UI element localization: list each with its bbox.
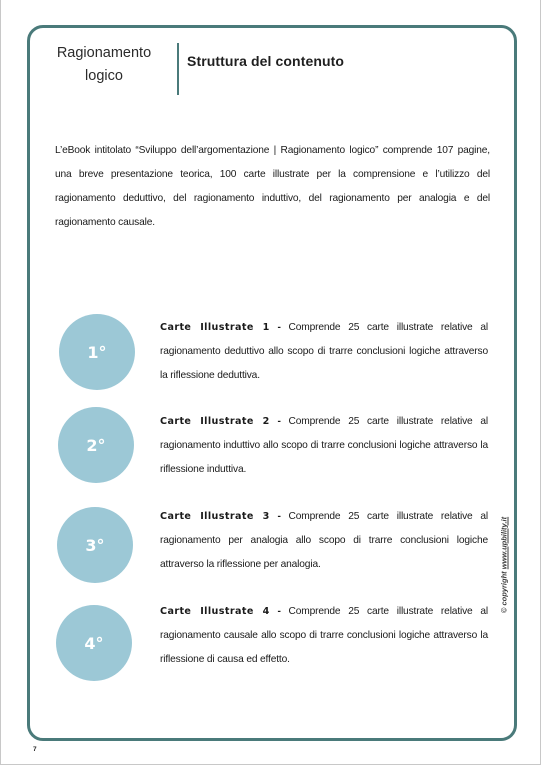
card-title: Carte Illustrate 3 [160,511,270,522]
badge-label: 3° [85,536,104,555]
badge-circle-2: 2° [58,407,134,483]
header-divider [177,43,179,95]
page-number: 7 [33,746,37,753]
badge-label: 4° [84,634,103,653]
card-description-4: Carte Illustrate 4 - Comprende 25 carte … [160,600,488,672]
card-description-1: Carte Illustrate 1 - Comprende 25 carte … [160,316,488,388]
badge-circle-4: 4° [56,605,132,681]
badge-label: 1° [87,343,106,362]
section-title-line1: Ragionamento [44,42,164,65]
badge-circle-1: 1° [59,314,135,390]
card-dash: - [277,606,280,617]
badge-circle-3: 3° [57,507,133,583]
card-title: Carte Illustrate 2 [160,416,270,427]
card-description-2: Carte Illustrate 2 - Comprende 25 carte … [160,410,488,482]
card-dash: - [277,416,280,427]
section-title: Ragionamento logico [44,42,164,88]
page-heading: Struttura del contenuto [187,53,344,69]
section-title-line2: logico [44,65,164,88]
card-title: Carte Illustrate 4 [160,606,270,617]
intro-paragraph: L’eBook intitolato “Sviluppo dell’argome… [55,139,490,235]
card-title: Carte Illustrate 1 [160,322,270,333]
card-description-3: Carte Illustrate 3 - Comprende 25 carte … [160,505,488,577]
badge-label: 2° [86,436,105,455]
card-dash: - [277,511,280,522]
card-dash: - [277,322,280,333]
